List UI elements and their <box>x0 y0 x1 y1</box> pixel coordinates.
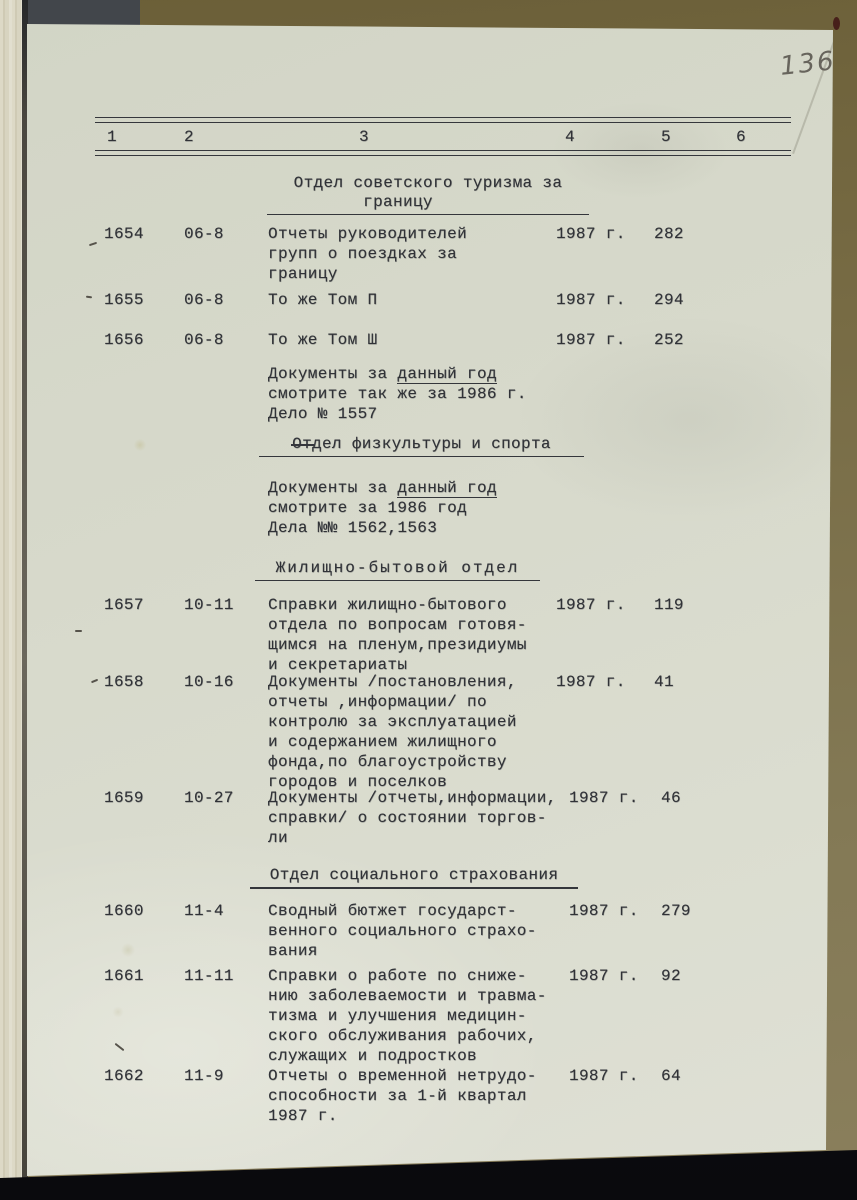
entry-sheet-count: 294 <box>654 290 684 310</box>
section-heading-housing: Жилищно-бытовой отдел <box>255 559 540 581</box>
entry-sheet-count: 64 <box>661 1066 681 1086</box>
paper-crease <box>792 22 842 154</box>
entry-title: Документы /постановления, отчеты ,информ… <box>268 672 572 792</box>
entry-date: 1987 г. <box>556 672 626 692</box>
entry-number: 1662 <box>104 1066 144 1086</box>
entry-title: Документы /отчеты,информации, справки/ о… <box>268 788 572 848</box>
underlying-page-edges <box>0 0 22 1200</box>
entry-title: То же Том П <box>268 290 572 310</box>
entry-sheet-count: 279 <box>661 901 691 921</box>
column-number-3: 3 <box>359 127 369 147</box>
note-line: Дела №№ 1562,1563 <box>268 518 598 538</box>
entry-index: 11-11 <box>184 966 234 986</box>
pencil-tick <box>91 679 98 683</box>
document-page: 136 1 2 3 4 5 6 Отдел советского туризма… <box>0 0 857 1200</box>
section-heading-tourism: Отдел советского туризма за границу <box>267 174 589 215</box>
entry-index: 06-8 <box>184 330 224 350</box>
section-heading-sport: Отдел физкультуры и спорта <box>259 435 584 457</box>
entry-index: 10-11 <box>184 595 234 615</box>
entry-sheet-count: 46 <box>661 788 681 808</box>
entry-index: 10-27 <box>184 788 234 808</box>
entry-sheet-count: 282 <box>654 224 684 244</box>
cross-reference-note: Документы за данный год смотрите за 1986… <box>268 478 598 538</box>
entry-date: 1987 г. <box>556 290 626 310</box>
note-line: Документы за данный год <box>268 478 598 498</box>
entry-index: 10-16 <box>184 672 234 692</box>
entry-number: 1657 <box>104 595 144 615</box>
entry-number: 1658 <box>104 672 144 692</box>
entry-sheet-count: 41 <box>654 672 674 692</box>
entry-number: 1656 <box>104 330 144 350</box>
entry-index: 06-8 <box>184 290 224 310</box>
ink-spot <box>833 17 840 30</box>
entry-date: 1987 г. <box>569 788 639 808</box>
header-rule-bottom <box>95 150 791 156</box>
header-rule-top <box>95 117 791 123</box>
entry-title: Справки о работе по сниже- нию заболевае… <box>268 966 572 1066</box>
column-number-4: 4 <box>565 127 575 147</box>
entry-date: 1987 г. <box>556 330 626 350</box>
note-text-underlined: данный год <box>397 479 497 498</box>
entry-index: 11-4 <box>184 901 224 921</box>
entry-sheet-count: 119 <box>654 595 684 615</box>
section-heading-line: границу <box>267 193 529 212</box>
column-number-1: 1 <box>107 127 117 147</box>
entry-date: 1987 г. <box>556 595 626 615</box>
entry-number: 1661 <box>104 966 144 986</box>
note-line: Документы за данный год <box>268 364 598 384</box>
overtype-strike-mark <box>291 444 314 446</box>
entry-number: 1659 <box>104 788 144 808</box>
pencil-tick <box>89 242 97 246</box>
column-number-5: 5 <box>661 127 671 147</box>
note-text: Документы за <box>268 479 397 497</box>
section-heading-line: Отдел социального страхования <box>250 866 578 885</box>
section-heading-line: Жилищно-бытовой отдел <box>255 559 540 578</box>
entry-number: 1654 <box>104 224 144 244</box>
pencil-tick <box>115 1043 125 1051</box>
entry-number: 1655 <box>104 290 144 310</box>
section-heading-social-insurance: Отдел социального страхования <box>250 866 578 889</box>
note-text: Документы за <box>268 365 397 383</box>
entry-number: 1660 <box>104 901 144 921</box>
entry-sheet-count: 92 <box>661 966 681 986</box>
column-number-2: 2 <box>184 127 194 147</box>
pencil-tick <box>86 296 92 299</box>
entry-date: 1987 г. <box>569 1066 639 1086</box>
backdrop-gray-strip <box>28 0 140 27</box>
entry-title: То же Том Ш <box>268 330 572 350</box>
entry-sheet-count: 252 <box>654 330 684 350</box>
entry-title: Сводный бютжет государст- венного социал… <box>268 901 572 961</box>
note-line: смотрите так же за 1986 г. <box>268 384 598 404</box>
note-line: смотрите за 1986 год <box>268 498 598 518</box>
column-number-6: 6 <box>736 127 746 147</box>
entry-date: 1987 г. <box>556 224 626 244</box>
section-heading-line: Отдел советского туризма за <box>267 174 589 193</box>
entry-date: 1987 г. <box>569 901 639 921</box>
pencil-tick <box>75 630 82 632</box>
note-text-underlined: данный год <box>397 365 497 384</box>
entry-index: 11-9 <box>184 1066 224 1086</box>
archive-photo-scan: 136 1 2 3 4 5 6 Отдел советского туризма… <box>0 0 857 1200</box>
cross-reference-note: Документы за данный год смотрите так же … <box>268 364 598 424</box>
note-line: Дело № 1557 <box>268 404 598 424</box>
entry-title: Отчеты руководителей групп о поездках за… <box>268 224 572 284</box>
entry-index: 06-8 <box>184 224 224 244</box>
entry-title: Справки жилищно-бытового отдела по вопро… <box>268 595 572 675</box>
entry-title: Отчеты о временной нетрудо- способности … <box>268 1066 572 1126</box>
page-number: 136 <box>779 51 836 77</box>
entry-date: 1987 г. <box>569 966 639 986</box>
